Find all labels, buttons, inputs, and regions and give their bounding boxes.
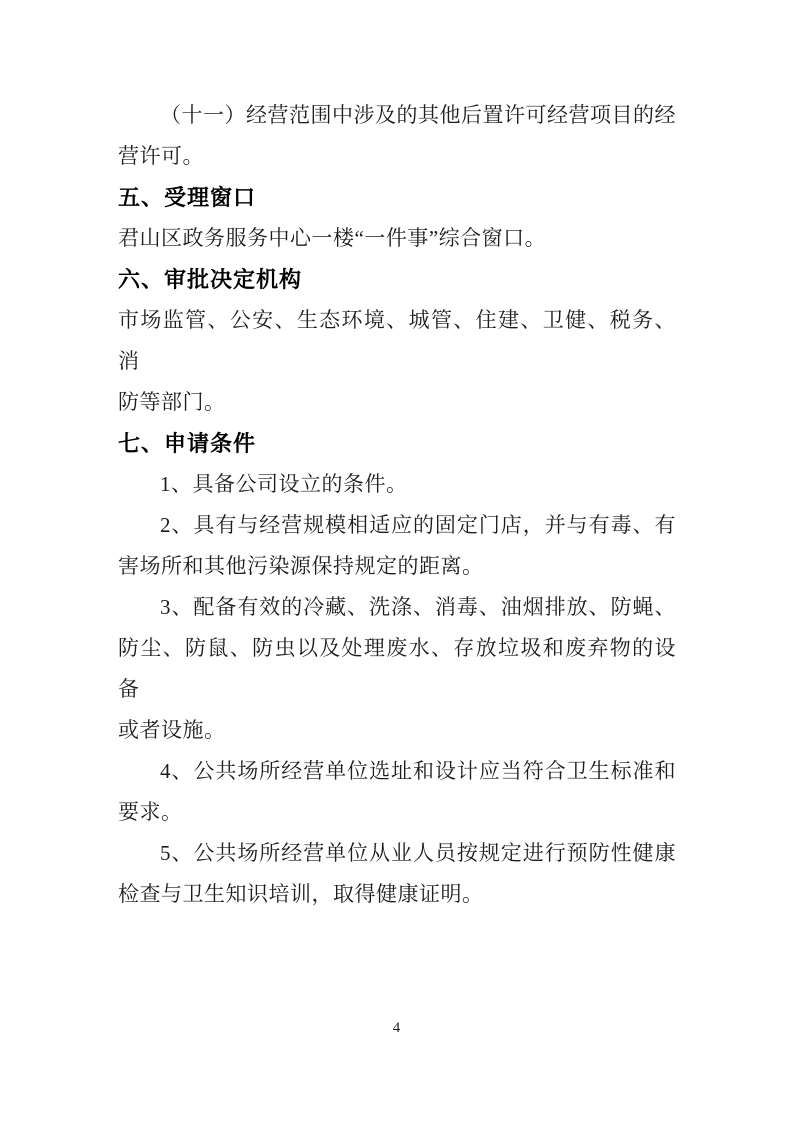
section-heading: 五、受理窗口	[118, 177, 676, 218]
text-line: 5、公共场所经营单位从业人员按规定进行预防性健康	[118, 833, 676, 874]
section-heading-block: 七、申请条件	[118, 423, 676, 464]
text-line: 害场所和其他污染源保持规定的距离。	[118, 546, 676, 587]
section-heading-block: 六、审批决定机构	[118, 259, 676, 300]
page-number: 4	[0, 1018, 793, 1038]
paragraph-block: 君山区政务服务中心一楼“一件事”综合窗口。	[118, 218, 676, 259]
paragraph-block: （十一）经营范围中涉及的其他后置许可经营项目的经营许可。	[118, 95, 676, 177]
text-line: 1、具备公司设立的条件。	[118, 464, 676, 505]
text-line: 检查与卫生知识培训，取得健康证明。	[118, 874, 676, 915]
paragraph-block: 5、公共场所经营单位从业人员按规定进行预防性健康检查与卫生知识培训，取得健康证明…	[118, 833, 676, 915]
paragraph-block: 市场监管、公安、生态环境、城管、住建、卫健、税务、消防等部门。	[118, 300, 676, 423]
text-line: 防等部门。	[118, 382, 676, 423]
paragraph-block: 4、公共场所经营单位选址和设计应当符合卫生标准和要求。	[118, 751, 676, 833]
text-line: 营许可。	[118, 136, 676, 177]
text-line: 君山区政务服务中心一楼“一件事”综合窗口。	[118, 218, 676, 259]
text-line: （十一）经营范围中涉及的其他后置许可经营项目的经	[118, 95, 676, 136]
text-line: 3、配备有效的冷藏、洗涤、消毒、油烟排放、防蝇、	[118, 587, 676, 628]
text-line: 4、公共场所经营单位选址和设计应当符合卫生标准和	[118, 751, 676, 792]
text-line: 或者设施。	[118, 710, 676, 751]
paragraph-block: 1、具备公司设立的条件。	[118, 464, 676, 505]
paragraph-block: 3、配备有效的冷藏、洗涤、消毒、油烟排放、防蝇、防尘、防鼠、防虫以及处理废水、存…	[118, 587, 676, 751]
section-heading-block: 五、受理窗口	[118, 177, 676, 218]
text-line: 要求。	[118, 792, 676, 833]
section-heading: 六、审批决定机构	[118, 259, 676, 300]
paragraph-block: 2、具有与经营规模相适应的固定门店，并与有毒、有害场所和其他污染源保持规定的距离…	[118, 505, 676, 587]
section-heading: 七、申请条件	[118, 423, 676, 464]
text-line: 市场监管、公安、生态环境、城管、住建、卫健、税务、消	[118, 300, 676, 382]
text-line: 2、具有与经营规模相适应的固定门店，并与有毒、有	[118, 505, 676, 546]
document-page: （十一）经营范围中涉及的其他后置许可经营项目的经营许可。五、受理窗口君山区政务服…	[0, 0, 793, 1122]
document-body: （十一）经营范围中涉及的其他后置许可经营项目的经营许可。五、受理窗口君山区政务服…	[118, 95, 676, 915]
text-line: 防尘、防鼠、防虫以及处理废水、存放垃圾和废弃物的设备	[118, 628, 676, 710]
